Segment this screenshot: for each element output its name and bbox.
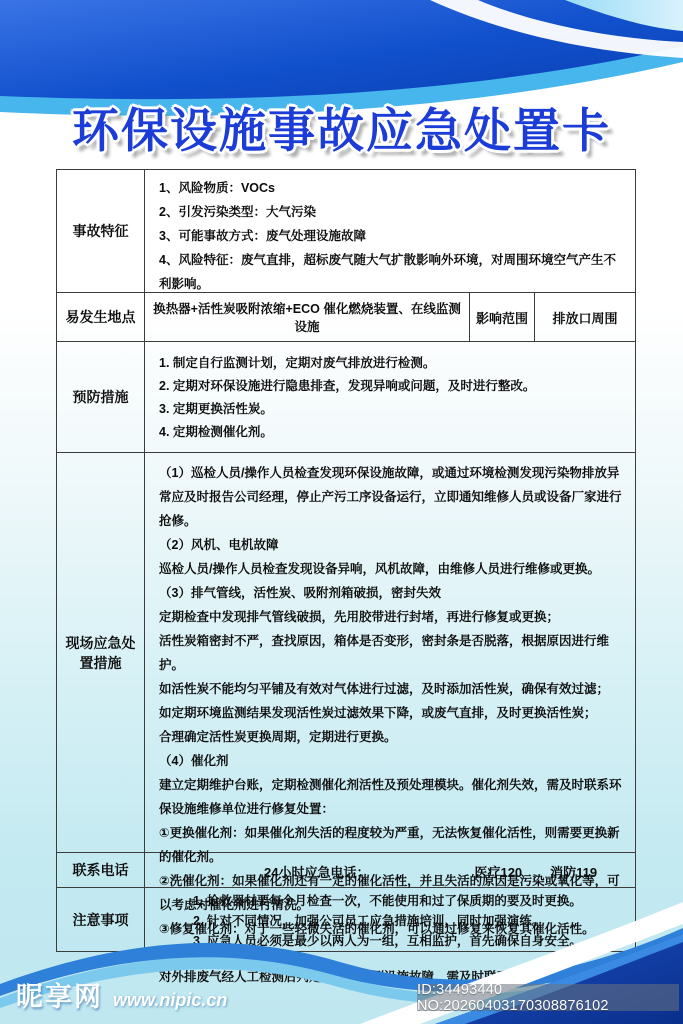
text-line: 活性炭箱密封不严，查找原因，箱体是否变形，密封条是否脱落，根据原因进行维护。 — [159, 629, 623, 677]
text-line: 2. 定期对环保设施进行隐患排查，发现异响或问题，及时进行整改。 — [159, 375, 623, 398]
table-row-accident-features: 事故特征 1、风险物质：VOCs 2、引发污染类型：大气污染 3、可能事故方式：… — [57, 170, 635, 293]
hotline-label: 24小时应急电话： — [264, 862, 369, 881]
table-row-contact: 联系电话 24小时应急电话： 医疗120 消防119 — [57, 853, 635, 888]
text-line: 定期检查中发现排气管线破损，先用胶带进行封堵，再进行修复或更换； — [159, 605, 623, 629]
text-line: （3）排气管线，活性炭、吸附剂箱破损，密封失效 — [159, 581, 623, 605]
fire-number: 消防119 — [550, 862, 597, 881]
contact-content: 24小时应急电话： 医疗120 消防119 — [145, 853, 635, 887]
emergency-card-poster: 环保设施事故应急处置卡 事故特征 1、风险物质：VOCs 2、引发污染类型：大气… — [0, 0, 683, 1024]
watermark: 昵享网 www.nipic.cn — [16, 975, 227, 1014]
accident-features-content: 1、风险物质：VOCs 2、引发污染类型：大气污染 3、可能事故方式：废气处理设… — [145, 170, 635, 292]
prone-location-value: 换热器+活性炭吸附浓缩+ECO 催化燃烧装置、在线监测设施 — [145, 293, 469, 341]
text-line: 建立定期维护台账，定期检测催化剂活性及预处理模块。催化剂失效，需及时联系环保设施… — [159, 773, 623, 821]
emergency-card-table: 事故特征 1、风险物质：VOCs 2、引发污染类型：大气污染 3、可能事故方式：… — [56, 169, 636, 952]
row-label: 易发生地点 — [57, 293, 145, 341]
watermark-site-url: www.nipic.cn — [113, 990, 227, 1011]
onsite-response-content: （1）巡检人员/操作人员检查发现环保设施故障，或通过环境检测发现污染物排放异常应… — [145, 453, 635, 852]
text-line: 3. 定期更换活性炭。 — [159, 398, 623, 421]
table-row-onsite-response: 现场应急处置措施 （1）巡检人员/操作人员检查发现环保设施故障，或通过环境检测发… — [57, 453, 635, 853]
text-line: 巡检人员/操作人员检查发现设备异响，风机故障，由维修人员进行维修或更换。 — [159, 557, 623, 581]
stock-id-badge: ID:34493440 NO:20260403170308876102 — [417, 984, 679, 1011]
text-line: （4）催化剂 — [159, 749, 623, 773]
text-line: 4. 定期检测催化剂。 — [159, 421, 623, 444]
text-line: 如活性炭不能均匀平铺及有效对气体进行过滤，及时添加活性炭，确保有效过滤； — [159, 677, 623, 701]
text-line: 1. 制定自行监测计划，定期对废气排放进行检测。 — [159, 352, 623, 375]
text-line: 如定期环境监测结果发现活性炭过滤效果下降，或废气直排，及时更换活性炭； — [159, 701, 623, 725]
page-title: 环保设施事故应急处置卡 — [0, 94, 683, 162]
emergency-numbers: 医疗120 消防119 — [474, 862, 597, 881]
row-label: 现场应急处置措施 — [57, 453, 145, 852]
impact-range-value: 排放口周围 — [535, 293, 635, 341]
watermark-site-name: 昵享网 — [16, 975, 103, 1014]
text-line: （1）巡检人员/操作人员检查发现环保设施故障，或通过环境检测发现污染物排放异常应… — [159, 461, 623, 533]
impact-range-label: 影响范围 — [469, 293, 535, 341]
table-row-prone-location: 易发生地点 换热器+活性炭吸附浓缩+ECO 催化燃烧装置、在线监测设施 影响范围… — [57, 293, 635, 342]
text-line: 合理确定活性炭更换周期，定期进行更换。 — [159, 725, 623, 749]
row-label: 预防措施 — [57, 342, 145, 452]
text-line: 4、风险特征：废气直排，超标废气随大气扩散影响外环境，对周围环境空气产生不利影响… — [159, 248, 623, 296]
row-label: 事故特征 — [57, 170, 145, 292]
medical-number: 医疗120 — [474, 862, 522, 881]
text-line: 3、可能事故方式：废气处理设施故障 — [159, 224, 623, 248]
text-line: 2、引发污染类型：大气污染 — [159, 200, 623, 224]
row-label: 联系电话 — [57, 853, 145, 887]
prevention-content: 1. 制定自行监测计划，定期对废气排放进行检测。 2. 定期对环保设施进行隐患排… — [145, 342, 635, 452]
table-row-prevention: 预防措施 1. 制定自行监测计划，定期对废气排放进行检测。 2. 定期对环保设施… — [57, 342, 635, 453]
text-line: （2）风机、电机故障 — [159, 533, 623, 557]
text-line: 1、风险物质：VOCs — [159, 176, 623, 200]
